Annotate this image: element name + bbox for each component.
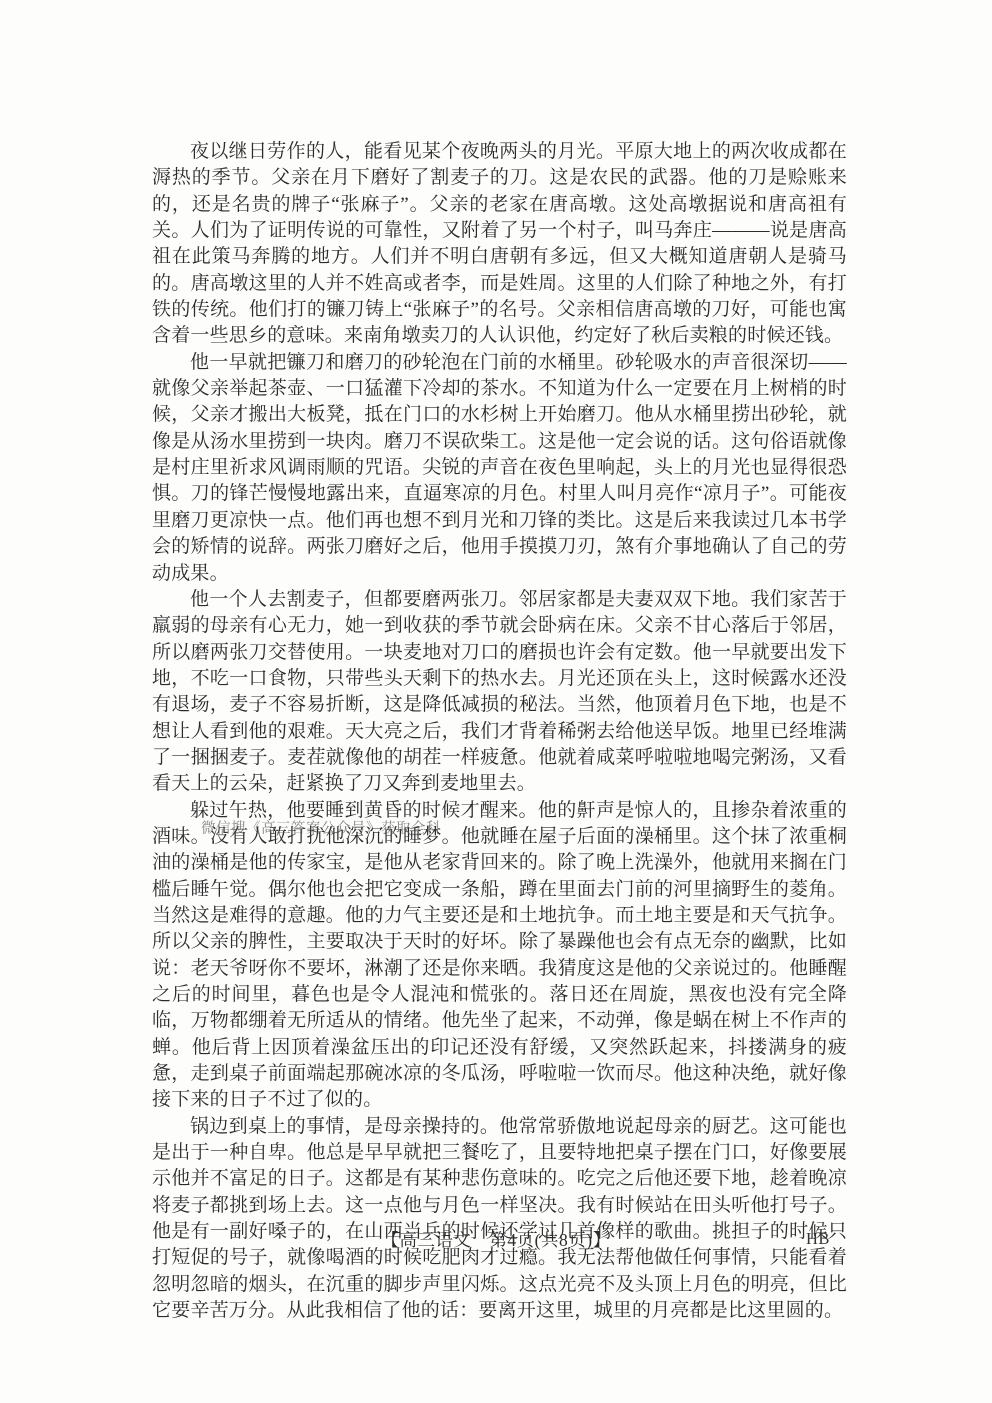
paper-version-code: HB [806, 1229, 830, 1249]
exam-paper-page: 夜以继日劳作的人，能看见某个夜晚两头的月光。平原大地上的两次收成都在溽热的季节。… [0, 0, 992, 1403]
essay-paragraph-2: 他一早就把镰刀和磨刀的砂轮泡在门前的水桶里。砂轮吸水的声音很深切——就像父亲举起… [152, 350, 847, 587]
essay-body: 夜以继日劳作的人，能看见某个夜晚两头的月光。平原大地上的两次收成都在溽热的季节。… [152, 139, 847, 1324]
page-footer: 【高三语文 第4页(共8页)】 [0, 1227, 992, 1252]
essay-paragraph-1: 夜以继日劳作的人，能看见某个夜晚两头的月光。平原大地上的两次收成都在溽热的季节。… [152, 139, 847, 350]
essay-paragraph-4: 躲过午热，他要睡到黄昏的时候才醒来。他的鼾声是惊人的，且掺杂着浓重的酒味。没有人… [152, 798, 847, 1114]
essay-paragraph-3: 他一个人去割麦子，但都要磨两张刀。邻居家都是夫妻双双下地。我们家苦于羸弱的母亲有… [152, 587, 847, 798]
essay-paragraph-5: 锅边到桌上的事情，是母亲操持的。他常常骄傲地说起母亲的厨艺。这可能也是出于一种自… [152, 1114, 847, 1325]
